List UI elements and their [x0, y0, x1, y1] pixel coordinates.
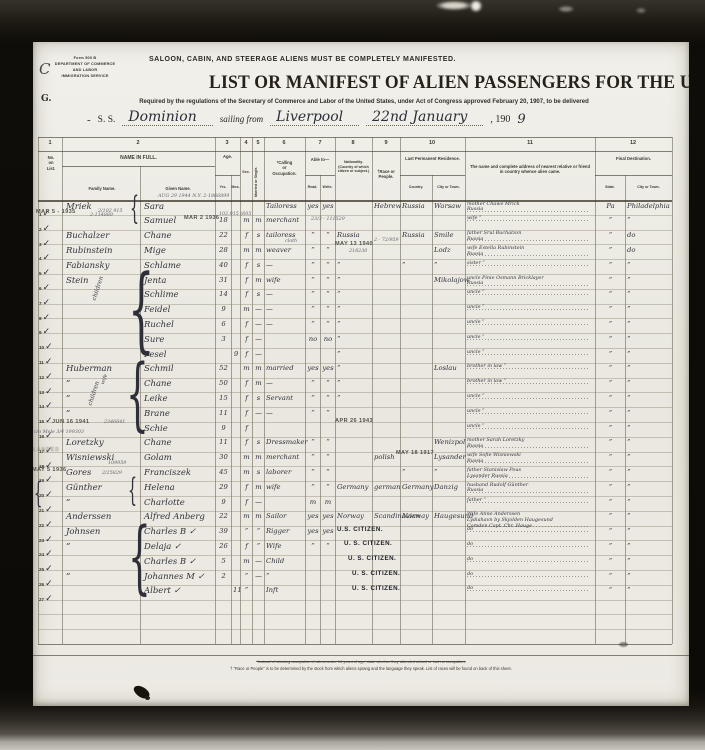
manifest-cell-state: ”	[597, 454, 624, 462]
grid-hline	[33, 655, 689, 656]
manifest-cell-relative: uncle ”	[467, 335, 594, 341]
manifest-cell-dest: ”	[627, 351, 671, 359]
grid-hline	[38, 137, 672, 138]
row-number: 7	[39, 301, 42, 306]
manifest-cell-sex: m	[242, 454, 251, 462]
manifest-cell-city: Loslau	[434, 365, 464, 373]
column-header-name-in-full: NAME IN FULL.	[62, 155, 215, 162]
row-line	[38, 629, 672, 630]
column-header-nationality: Nationality. (Country of which citizen o…	[335, 160, 372, 174]
annotation-stamp: MAY 13 1940	[335, 241, 373, 247]
grid-hline	[62, 166, 215, 167]
manifest-cell-given: Golam	[144, 454, 213, 464]
manifest-cell-marital: m	[254, 365, 263, 373]
manifest-cell-yrs: 50	[217, 380, 230, 388]
manifest-cell-relative: wife Sofie Wisniewski Russia	[467, 453, 594, 464]
manifest-cell-occupation: merchant	[266, 454, 304, 462]
column-header-write: Write.	[320, 185, 335, 190]
row-number: 9	[39, 330, 42, 335]
manifest-cell-sex: f	[242, 351, 251, 359]
manifest-cell-country: Norway	[402, 513, 431, 521]
manifest-cell-marital: m	[254, 513, 263, 521]
column-header-calling: *Calling or Occupation.	[264, 160, 305, 176]
manifest-cell-write: ”	[322, 484, 334, 492]
annotation-scr: c/o Mele 3/4 199303	[34, 430, 84, 435]
row-number: 23	[39, 538, 44, 543]
manifest-cell-country: ”	[402, 469, 431, 477]
manifest-cell-dest: do	[627, 247, 671, 255]
manifest-cell-given: Helena	[144, 484, 213, 494]
manifest-cell-write: yes	[322, 513, 334, 521]
manifest-cell-dest: ”	[627, 395, 671, 403]
manifest-cell-family: Buchalzer	[66, 232, 139, 242]
manifest-cell-dest: ”	[627, 365, 671, 373]
manifest-cell-relative: uncle ”	[467, 305, 594, 311]
column-number: 12	[625, 140, 641, 146]
manifest-cell-write: ”	[322, 262, 334, 270]
manifest-cell-sex: f	[242, 321, 251, 329]
manifest-cell-mos: 11	[233, 587, 239, 595]
manifest-cell-yrs: 14	[217, 291, 230, 299]
manifest-cell-relative: uncle ”	[467, 394, 594, 400]
manifest-cell-write: ”	[322, 291, 334, 299]
manifest-cell-yrs: 5	[217, 558, 230, 566]
manifest-cell-city: Wenizpol	[434, 439, 464, 447]
manifest-cell-relative: do	[467, 586, 594, 592]
manifest-cell-city: Smile	[434, 232, 464, 240]
manifest-cell-yrs: 9	[217, 499, 230, 507]
manifest-cell-yrs: 45	[217, 469, 230, 477]
page-title: LIST OR MANIFEST OF ALIEN PASSENGERS FOR…	[209, 72, 655, 94]
manifest-cell-marital: s	[254, 439, 263, 447]
annotation-scr: AUG 29 1944 N.Y. 2-1866899	[158, 194, 229, 199]
row-number: 27	[39, 597, 44, 602]
annotation-scr: 2/25829	[102, 471, 122, 476]
manifest-cell-write: ”	[322, 380, 334, 388]
manifest-cell-write: yes	[322, 365, 334, 373]
manifest-cell-dest: ”	[627, 306, 671, 314]
manifest-cell-dest: ”	[627, 380, 671, 388]
manifest-cell-state: ”	[597, 277, 624, 285]
manifest-cell-read: ”	[307, 380, 319, 388]
manifest-cell-dest: ”	[627, 277, 671, 285]
manifest-cell-occupation: wife	[266, 277, 304, 285]
annotation-scr: 109959	[108, 461, 126, 466]
manifest-cell-occupation: weaver	[266, 247, 304, 255]
manifest-cell-yrs: 28	[217, 247, 230, 255]
manifest-cell-state: ”	[597, 469, 624, 477]
margin-letter-mark: G.	[41, 94, 52, 104]
manifest-cell-given: Charles B ✓	[144, 558, 213, 568]
column-header-family: Family Name.	[64, 186, 140, 191]
manifest-cell-occupation: married	[266, 365, 304, 373]
manifest-cell-country: Russia	[402, 232, 431, 240]
manifest-cell-write: ”	[322, 543, 334, 551]
footnote-race: † "Race or People" is to be determined b…	[179, 666, 563, 671]
manifest-cell-state: ”	[597, 365, 624, 373]
manifest-cell-relative: do	[467, 542, 594, 548]
manifest-cell-dest: ”	[627, 336, 671, 344]
manifest-cell-city: Danzig	[434, 484, 464, 492]
row-number: 24	[39, 552, 44, 557]
column-header-relative: The name and complete address of nearest…	[467, 164, 593, 175]
manifest-cell-given: Alfred Anberg	[144, 513, 213, 523]
scan-speck	[470, 0, 482, 12]
row-number: 13	[39, 390, 44, 395]
annotation-bracket: {	[128, 479, 137, 505]
sail-date-handwriting: 22nd January	[366, 110, 483, 126]
manifest-cell-read: ”	[307, 262, 319, 270]
manifest-cell-nationality: ”	[337, 351, 371, 359]
manifest-cell-write: ”	[322, 277, 334, 285]
manifest-cell-yrs: 11	[217, 439, 230, 447]
manifest-cell-relative: do	[467, 572, 594, 578]
footnote-struck: *Instead of showing occupation of aliens…	[211, 659, 511, 664]
row-number: 14	[39, 404, 44, 409]
manifest-cell-read: yes	[307, 365, 319, 373]
manifest-cell-yrs: 52	[217, 365, 230, 373]
column-number: 6	[276, 140, 292, 146]
manifest-cell-write: m	[322, 499, 334, 507]
manifest-cell-mos: 9	[233, 351, 239, 359]
row-number: 15	[39, 419, 44, 424]
manifest-cell-marital: —	[254, 306, 263, 314]
manifest-cell-sex: f	[242, 277, 251, 285]
manifest-cell-yrs: 29	[217, 484, 230, 492]
row-number: 11	[39, 360, 44, 365]
manifest-cell-yrs: 30	[217, 454, 230, 462]
grid-hline	[400, 175, 465, 176]
manifest-cell-relative: husband Rudolf Günther Russia	[467, 483, 594, 494]
manifest-cell-relative: brother in law ”	[467, 364, 594, 370]
manifest-cell-nationality: ”	[337, 395, 371, 403]
manifest-cell-read: ”	[307, 232, 319, 240]
row-number: 22	[39, 523, 44, 528]
manifest-cell-dest: ”	[627, 262, 671, 270]
manifest-cell-dest: ”	[627, 410, 671, 418]
manifest-cell-city: Haugesund	[434, 513, 464, 521]
manifest-cell-state: ”	[597, 439, 624, 447]
manifest-cell-marital: m	[254, 217, 263, 225]
manifest-cell-marital: —	[254, 336, 263, 344]
manifest-cell-relative: uncle ”	[467, 320, 594, 326]
manifest-cell-yrs: 22	[217, 232, 230, 240]
manifest-cell-occupation: —	[266, 410, 304, 418]
manifest-cell-state: ”	[597, 499, 624, 507]
manifest-page: Form 500 B DEPARTMENT OF COMMERCE AND LA…	[33, 42, 689, 706]
row-number: 5	[39, 271, 42, 276]
manifest-cell-city: Warsaw	[434, 203, 464, 211]
manifest-cell-relative: uncle ”	[467, 290, 594, 296]
manifest-cell-relative: father Srul Buchalzon Russia	[467, 231, 594, 242]
manifest-cell-read: ”	[307, 306, 319, 314]
manifest-cell-state: ”	[597, 558, 624, 566]
manifest-cell-state: ”	[597, 528, 624, 536]
manifest-cell-nationality: ”	[337, 306, 371, 314]
manifest-cell-marital: —	[254, 499, 263, 507]
annotation-bracket: {	[128, 272, 154, 348]
manifest-cell-marital: ”	[254, 528, 263, 536]
manifest-cell-sex: m	[242, 513, 251, 521]
manifest-cell-write: ”	[322, 395, 334, 403]
manifest-cell-race: german	[374, 484, 399, 492]
manifest-cell-state: ”	[597, 543, 624, 551]
column-number: 11	[522, 140, 538, 146]
year-digit-handwriting: 9	[517, 113, 525, 126]
column-number: 7	[312, 140, 328, 146]
manifest-cell-sex: f	[242, 395, 251, 403]
annotation-stamp: MAY 5 1936	[33, 467, 66, 473]
manifest-cell-state: ”	[597, 291, 624, 299]
manifest-cell-state: ”	[597, 351, 624, 359]
manifest-cell-sex: ”	[242, 528, 251, 536]
manifest-cell-yrs: 15	[217, 395, 230, 403]
manifest-cell-marital: —	[254, 321, 263, 329]
manifest-cell-sex: f	[242, 336, 251, 344]
manifest-cell-read: ”	[307, 469, 319, 477]
manifest-cell-write: ”	[322, 306, 334, 314]
manifest-cell-city: Lodz	[434, 247, 464, 255]
manifest-cell-write: yes	[322, 203, 334, 211]
manifest-cell-relative: do	[467, 527, 594, 533]
annotation-stamp: APR 26 1943	[335, 418, 373, 424]
manifest-cell-sex: m	[242, 365, 251, 373]
manifest-cell-state: ”	[597, 395, 624, 403]
column-header-city2: City or Town.	[625, 185, 672, 190]
manifest-cell-marital: —	[254, 558, 263, 566]
manifest-cell-dest: ”	[627, 558, 671, 566]
row-number: 25	[39, 567, 44, 572]
manifest-cell-occupation: Servant	[266, 395, 304, 403]
manifest-cell-state: ”	[597, 425, 624, 433]
manifest-cell-nationality: Russia	[337, 232, 371, 240]
manifest-cell-given: Leike	[144, 395, 213, 405]
manifest-cell-occupation: —	[266, 321, 304, 329]
manifest-cell-country: ”	[402, 262, 431, 270]
row-number: 10	[39, 345, 44, 350]
manifest-cell-nationality: Germany	[337, 484, 371, 492]
manifest-cell-relative: wife ”	[467, 216, 594, 222]
manifest-cell-write: ”	[322, 232, 334, 240]
manifest-cell-dest: ”	[627, 528, 671, 536]
manifest-cell-state: ”	[597, 306, 624, 314]
ss-prefix: S. S.	[98, 115, 116, 126]
row-number: 4	[39, 256, 42, 261]
grid-vline	[465, 137, 466, 644]
margin-handwriting-mark: C	[39, 60, 50, 78]
grid-vline	[672, 137, 673, 644]
manifest-cell-write: ”	[322, 247, 334, 255]
manifest-cell-state: ”	[597, 484, 624, 492]
manifest-cell-state: ”	[597, 247, 624, 255]
column-number: 5	[250, 140, 266, 146]
manifest-cell-sex: f	[242, 262, 251, 270]
page-subtitle: Required by the regulations of the Secre…	[83, 99, 645, 105]
column-header-city: City or Town.	[432, 185, 465, 190]
annotation-citizen: U. S. CITIZEN.	[352, 571, 400, 578]
annotation-citizen: U.S. CITIZEN.	[337, 527, 383, 534]
manifest-cell-write: ”	[322, 439, 334, 447]
column-header-state: State.	[595, 185, 625, 190]
manifest-cell-marital: ”	[254, 543, 263, 551]
manifest-cell-dest: ”	[627, 499, 671, 507]
manifest-cell-dest: ”	[627, 513, 671, 521]
form-number-stamp: Form 500 B DEPARTMENT OF COMMERCE AND LA…	[53, 55, 117, 79]
manifest-cell-sex: m	[242, 558, 251, 566]
manifest-cell-nationality: ”	[337, 277, 371, 285]
manifest-cell-write: no	[322, 336, 334, 344]
grid-vline	[335, 137, 336, 644]
manifest-cell-city: Mikolajow	[434, 277, 464, 285]
annotation-citizen: U. S. CITIZEN.	[352, 586, 400, 593]
manifest-cell-given: Charles B ✓	[144, 528, 213, 538]
manifest-cell-nationality: ”	[337, 336, 371, 344]
grid-hline	[305, 175, 335, 176]
manifest-cell-relative: father ”	[467, 498, 594, 504]
manifest-cell-yrs: 3	[217, 336, 230, 344]
grid-hline	[38, 151, 672, 152]
manifest-cell-family: Loretzky	[66, 439, 139, 449]
manifest-cell-yrs: 9	[217, 425, 230, 433]
manifest-cell-write: yes	[322, 528, 334, 536]
manifest-cell-marital: m	[254, 454, 263, 462]
manifest-cell-marital: m	[254, 484, 263, 492]
manifest-cell-dest: ”	[627, 439, 671, 447]
annotation-scr: 2-114889	[90, 213, 113, 218]
manifest-cell-city: ”	[434, 469, 464, 477]
column-number: 9	[378, 140, 394, 146]
manifest-cell-yrs: 31	[217, 277, 230, 285]
manifest-cell-given: Charlotte	[144, 499, 213, 509]
manifest-cell-sex: m	[242, 217, 251, 225]
manifest-cell-yrs: 11	[217, 410, 230, 418]
form-department: DEPARTMENT OF COMMERCE AND LABOR	[53, 61, 117, 73]
manifest-cell-read: ”	[307, 484, 319, 492]
manifest-cell-dest: ”	[627, 425, 671, 433]
annotation-citizen: U. S. CITIZEN.	[348, 556, 396, 563]
column-number: 8	[345, 140, 361, 146]
sailing-from-label: sailing from	[220, 114, 263, 126]
manifest-cell-state: ”	[597, 410, 624, 418]
annotation-scr: cloth	[285, 239, 297, 244]
manifest-cell-relative: uncle Pinie Osmann Bricklayer Russia	[467, 276, 594, 287]
manifest-cell-given: Schie	[144, 425, 213, 435]
manifest-cell-dest: ”	[627, 587, 671, 595]
manifest-cell-marital: —	[254, 573, 263, 581]
grid-hline	[595, 175, 672, 176]
dash-mark: -	[87, 115, 91, 126]
manifest-cell-dest: ”	[627, 454, 671, 462]
manifest-cell-occupation: —	[266, 380, 304, 388]
grid-vline	[372, 137, 373, 644]
ink-blot	[145, 696, 150, 700]
manifest-cell-state: ”	[597, 513, 624, 521]
annotation-scr: 2346641	[104, 420, 125, 425]
manifest-cell-sex: f	[242, 380, 251, 388]
row-line	[38, 614, 672, 615]
manifest-cell-state: ”	[597, 217, 624, 225]
row-number: 3	[39, 242, 42, 247]
manifest-cell-nationality: ”	[337, 291, 371, 299]
manifest-cell-relative: brother in law ”	[467, 379, 594, 385]
grid-vline	[400, 137, 401, 644]
manifest-cell-given: Sara	[144, 203, 213, 213]
manifest-cell-occupation: Rigger	[266, 528, 304, 536]
manifest-cell-sex: f	[242, 232, 251, 240]
scan-speck	[436, 1, 472, 10]
grid-vline	[215, 137, 216, 644]
column-number: 1	[42, 140, 58, 146]
manifest-cell-given: Johannes M ✓	[144, 573, 213, 583]
annotation-stamp: JUN 16 1941	[52, 419, 89, 425]
manifest-cell-read: m	[307, 499, 319, 507]
manifest-cell-country: Russia	[402, 203, 431, 211]
manifest-cell-race: Scandinavian	[374, 513, 399, 521]
manifest-cell-occupation: Tailoress	[266, 203, 304, 211]
manifest-cell-read: ”	[307, 410, 319, 418]
manifest-cell-read: yes	[307, 528, 319, 536]
manifest-cell-occupation: merchant	[266, 217, 304, 225]
manifest-banner: SALOON, CABIN, AND STEERAGE ALIENS MUST …	[149, 56, 539, 63]
column-header-country: Country.	[400, 185, 432, 190]
row-number-cell: 27✓	[39, 588, 65, 606]
annotation-scr: 2 - 72/959	[374, 238, 399, 243]
row-number: 8	[39, 316, 42, 321]
column-header-able: Able to—	[305, 157, 335, 162]
scan-speck	[636, 8, 646, 13]
manifest-cell-occupation: Child	[266, 558, 304, 566]
manifest-cell-state: ”	[597, 336, 624, 344]
manifest-cell-dest: ”	[627, 543, 671, 551]
manifest-cell-occupation: wife	[266, 484, 304, 492]
port-handwriting: Liverpool	[270, 110, 359, 126]
column-header-age: Age.	[215, 154, 240, 159]
column-header-no-on-list: No. on List.	[38, 155, 64, 171]
manifest-cell-relative: sister ”	[467, 261, 594, 267]
manifest-cell-yrs: 40	[217, 262, 230, 270]
manifest-cell-sex: ”	[242, 587, 251, 595]
manifest-cell-marital: s	[254, 395, 263, 403]
manifest-cell-sex: f	[242, 484, 251, 492]
form-service: IMMIGRATION SERVICE	[53, 73, 117, 79]
annotation-scr: 23/3 - 111529	[311, 217, 345, 222]
annotation-stamp: MAR 5 - 1935	[36, 209, 76, 215]
column-header-sex: Sex.	[236, 170, 256, 175]
column-number: 2	[130, 140, 146, 146]
manifest-cell-occupation: Wife	[266, 543, 304, 551]
manifest-cell-given: Franciszek	[144, 469, 213, 479]
manifest-cell-state: Pa	[597, 203, 624, 211]
ship-name-handwriting: Dominion	[122, 110, 212, 126]
row-number: 12	[39, 375, 44, 380]
manifest-cell-given: Brane	[144, 410, 213, 420]
column-number: 3	[219, 140, 235, 146]
manifest-cell-given: Delaja ✓	[144, 543, 213, 553]
manifest-cell-marital: s	[254, 262, 263, 270]
manifest-cell-nationality: ”	[337, 321, 371, 329]
column-header-mos: Mos.	[230, 185, 241, 190]
manifest-cell-occupation: —	[266, 306, 304, 314]
manifest-cell-read: ”	[307, 454, 319, 462]
manifest-cell-family: Wisniewski	[66, 454, 139, 464]
manifest-cell-dest: Philadelphia	[627, 203, 671, 211]
manifest-cell-read: no	[307, 336, 319, 344]
scan-speck	[558, 6, 574, 12]
manifest-cell-read: ”	[307, 247, 319, 255]
grid-vline	[252, 137, 253, 644]
manifest-cell-relative: mother Sarah Loretzky Russia	[467, 438, 594, 449]
annotation-citizen: U. S. CITIZEN.	[344, 541, 392, 548]
